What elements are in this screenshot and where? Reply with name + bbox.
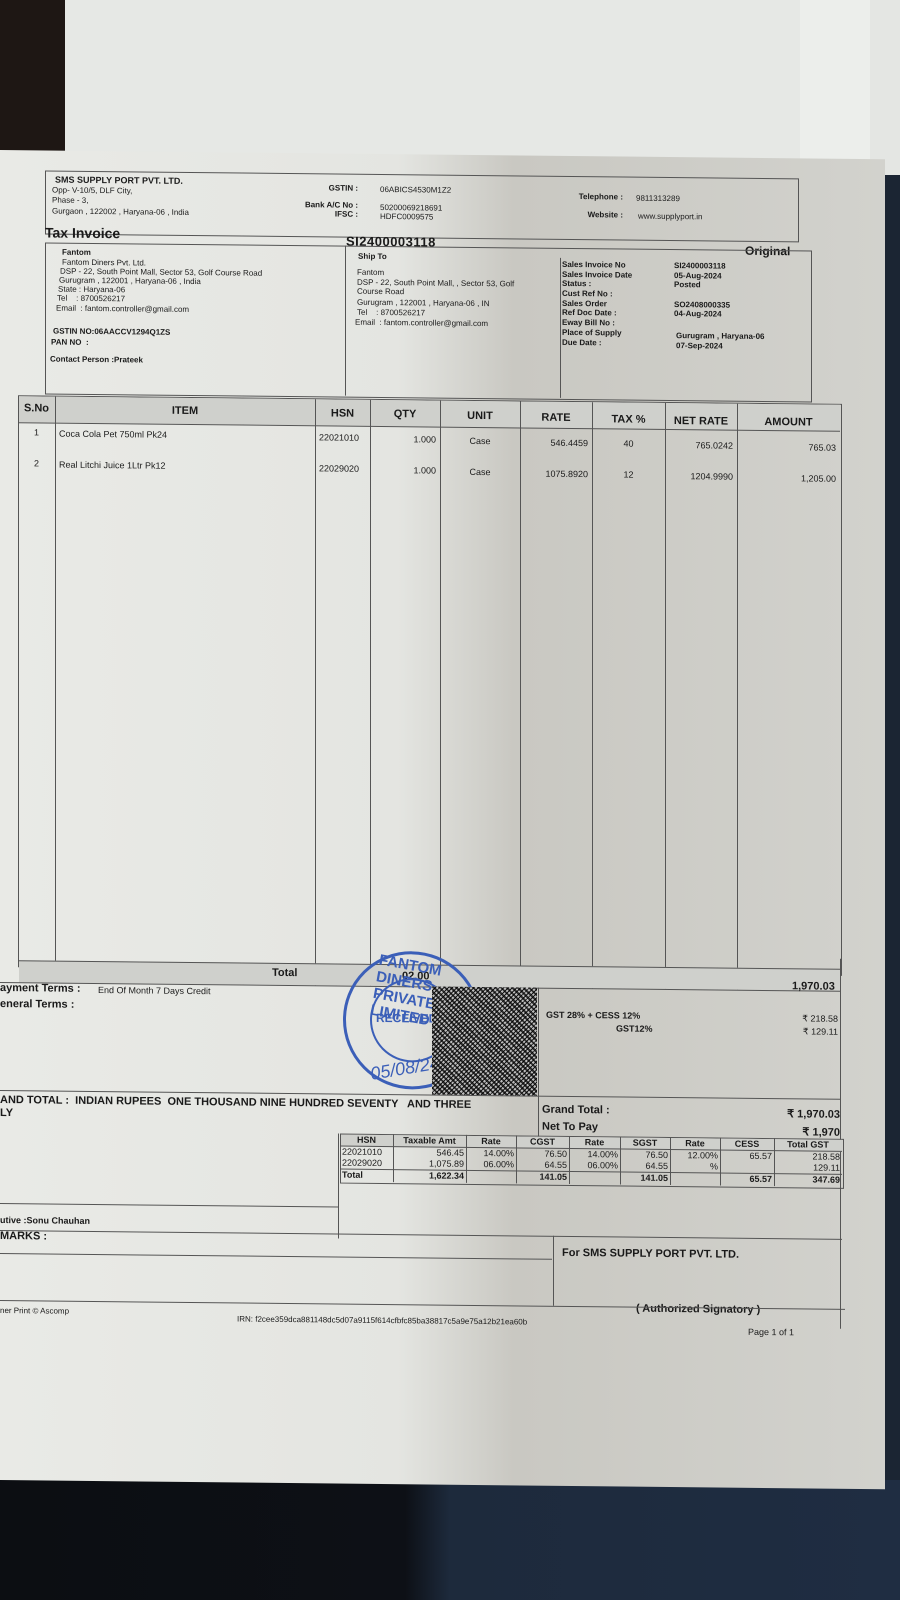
gst-header: Total GST [776,1139,840,1150]
background-top [0,0,900,175]
cell-tax: 12 [596,470,661,481]
header-tax: TAX % [592,413,665,426]
amount-in-words: AND TOTAL : INDIAN RUPEES ONE THOUSAND N… [0,1094,471,1111]
payment-terms-label: ayment Terms : [0,982,81,995]
header-qty: QTY [370,408,440,421]
gst-cell: 64.55 [622,1161,668,1171]
ship-to-tel: Tel : 8700526217 [357,308,425,318]
meta-label: Eway Bill No : [562,318,615,328]
cell-sno: 2 [22,458,51,468]
header-net-rate: NET RATE [665,415,737,428]
gst-cell: 76.50 [622,1149,668,1159]
payment-terms-value: End Of Month 7 Days Credit [98,985,211,996]
tax-summary-label-1: GST 28% + CESS 12% [546,1010,640,1021]
meta-label: Sales Order [562,299,607,308]
gst-cell: 12.00% [672,1150,718,1160]
meta-value: Posted [674,280,701,289]
gst-total-cell: 65.57 [722,1173,772,1184]
seller-address-line-2: Phase - 3, [52,196,88,205]
printer-credit: ner Print © Ascomp [0,1306,69,1316]
gst-header: Rate [468,1136,514,1146]
gst-header: CESS [722,1139,772,1150]
total-amount: 1,970.03 [792,980,835,992]
meta-value: 05-Aug-2024 [674,271,722,280]
gst-cell: 64.55 [518,1159,567,1170]
bill-to-tel: Tel : 8700526217 [57,294,125,304]
contact-person: Contact Person :Prateek [50,355,143,365]
gst-cell: 65.57 [722,1150,772,1161]
invoice-document: SMS SUPPLY PORT PVT. LTD. Opp- V-10/5, D… [0,150,885,1489]
invoice-paper: SMS SUPPLY PORT PVT. LTD. Opp- V-10/5, D… [0,150,885,1489]
irn: IRN: f2cee359dca881148dc5d07a9115f614cfb… [237,1314,527,1326]
gst-cell: 06.00% [571,1160,618,1170]
ship-to-address-3: Gurugram , 122001 , Haryana-06 , IN [357,298,490,308]
page-number: Page 1 of 1 [748,1327,794,1337]
meta-label: Sales Invoice No [562,260,626,270]
bill-to-gstin: GSTIN NO:06AACCV1294Q1ZS [53,327,170,337]
gst-header: Rate [672,1138,718,1148]
website: www.supplyport.in [638,212,702,222]
gst-cell: 06.00% [468,1159,514,1169]
background-dark-edge [0,0,65,160]
telephone-label: Telephone : [545,192,623,202]
bill-to-pan: PAN NO : [51,338,89,347]
sales-executive: utive :Sonu Chauhan [0,1215,90,1226]
document-title: Tax Invoice [45,224,120,241]
gst-cell: 14.00% [468,1147,514,1157]
website-label: Website : [545,210,623,220]
cell-qty: 1.000 [374,465,436,476]
meta-value: SI2400003118 [674,261,726,271]
header-amount: AMOUNT [737,416,840,429]
cell-rate: 546.4459 [524,437,588,448]
cell-unit: Case [444,466,516,477]
ifsc: HDFC0009575 [380,212,433,222]
cell-net-rate: 1204.9990 [669,471,733,482]
cell-qty: 1.000 [374,434,436,445]
telephone: 9811313289 [636,194,680,203]
header-hsn: HSN [315,407,370,420]
gst-total-cell: 1,622.34 [395,1170,464,1181]
meta-value: 07-Sep-2024 [676,341,723,350]
seller-address-line-1: Opp- V-10/5, DLF City, [52,186,132,196]
tax-summary-label-2: GST12% [616,1023,653,1033]
seller-address-line-3: Gurgaon , 122002 , Haryana-06 , India [52,207,189,217]
general-terms-label: eneral Terms : [0,998,74,1011]
meta-value: SO2408000335 [674,300,730,310]
gst-header: Taxable Amt [395,1135,464,1146]
gst-total-cell: 347.69 [776,1174,840,1185]
amount-in-words-line-2: LY [0,1107,13,1119]
cell-unit: Case [444,435,516,446]
stamp-date: 05/08/24 [369,1053,442,1085]
gst-cell: 14.00% [571,1148,618,1158]
ship-to-address-2: Course Road [357,287,404,296]
gst-cell: 546.45 [395,1147,464,1158]
cell-amount: 765.03 [741,442,836,453]
meta-label: Due Date : [562,338,602,347]
gst-total-cell: Total [342,1169,391,1180]
seller-gstin-label: GSTIN : [290,183,358,193]
ship-to-label: Ship To [358,252,387,261]
qr-code [432,987,537,1096]
ship-to-name: Fantom [357,268,384,277]
gst-cell: 22029020 [342,1158,391,1169]
seller-gstin: 06ABICS4530M1Z2 [380,185,451,195]
meta-label: Status : [562,279,591,288]
meta-value: 04-Aug-2024 [674,309,722,318]
gst-cell: 1,075.89 [395,1158,464,1169]
gst-header: SGST [622,1138,668,1148]
bill-to-email: Email : fantom.controller@gmail.com [56,304,189,314]
gst-header: HSN [342,1135,391,1146]
remarks-label: MARKS : [0,1230,47,1242]
meta-label: Ref Doc Date : [562,308,617,318]
ship-to-email: Email : fantom.controller@gmail.com [355,318,488,328]
header-rate: RATE [520,411,592,424]
gst-header: CGST [518,1136,567,1147]
stamp-received: RECEIVED [376,1011,437,1026]
tax-summary-value-2: ₹ 129.11 [740,1026,838,1037]
cell-rate: 1075.8920 [524,468,588,479]
gst-total-cell: 141.05 [518,1171,567,1182]
grand-total-value: ₹ 1,970.03 [700,1107,840,1120]
ifsc-label: IFSC : [290,209,358,219]
authorized-signatory: ( Authorized Signatory ) [636,1303,760,1316]
tax-summary-value-1: ₹ 218.58 [740,1013,838,1024]
background-paper-sheet-right [800,0,870,170]
header-sno: S.No [18,402,55,414]
cell-hsn: 22029020 [319,463,366,473]
grand-total-label: Grand Total : [542,1104,610,1117]
gst-cell: % [672,1161,718,1171]
cell-amount: 1,205.00 [741,473,836,484]
meta-label: Cust Ref No : [562,289,613,299]
cell-sno: 1 [22,427,51,437]
bill-to-name: Fantom [62,248,91,257]
background-fabric [0,1480,900,1600]
total-label: Total [272,967,297,979]
gst-cell: 218.58 [776,1151,840,1162]
gst-cell: 76.50 [518,1148,567,1159]
items-table [18,395,842,976]
for-company: For SMS SUPPLY PORT PVT. LTD. [562,1247,739,1261]
gst-cell: 22021010 [342,1146,391,1157]
cell-tax: 40 [596,439,661,450]
gst-cell: 129.11 [776,1162,840,1173]
meta-value: Gurugram , Haryana-06 [676,331,764,341]
gst-header: Rate [571,1137,618,1147]
meta-label: Place of Supply [562,328,622,338]
net-to-pay-label: Net To Pay [542,1121,598,1134]
header-unit: UNIT [440,410,520,423]
gst-total-cell: 141.05 [622,1172,668,1182]
cell-net-rate: 765.0242 [669,440,733,451]
meta-label: Sales Invoice Date [562,269,632,279]
cell-hsn: 22021010 [319,432,366,442]
seller-name: SMS SUPPLY PORT PVT. LTD. [55,175,183,186]
background-paper-sheet [65,0,800,165]
